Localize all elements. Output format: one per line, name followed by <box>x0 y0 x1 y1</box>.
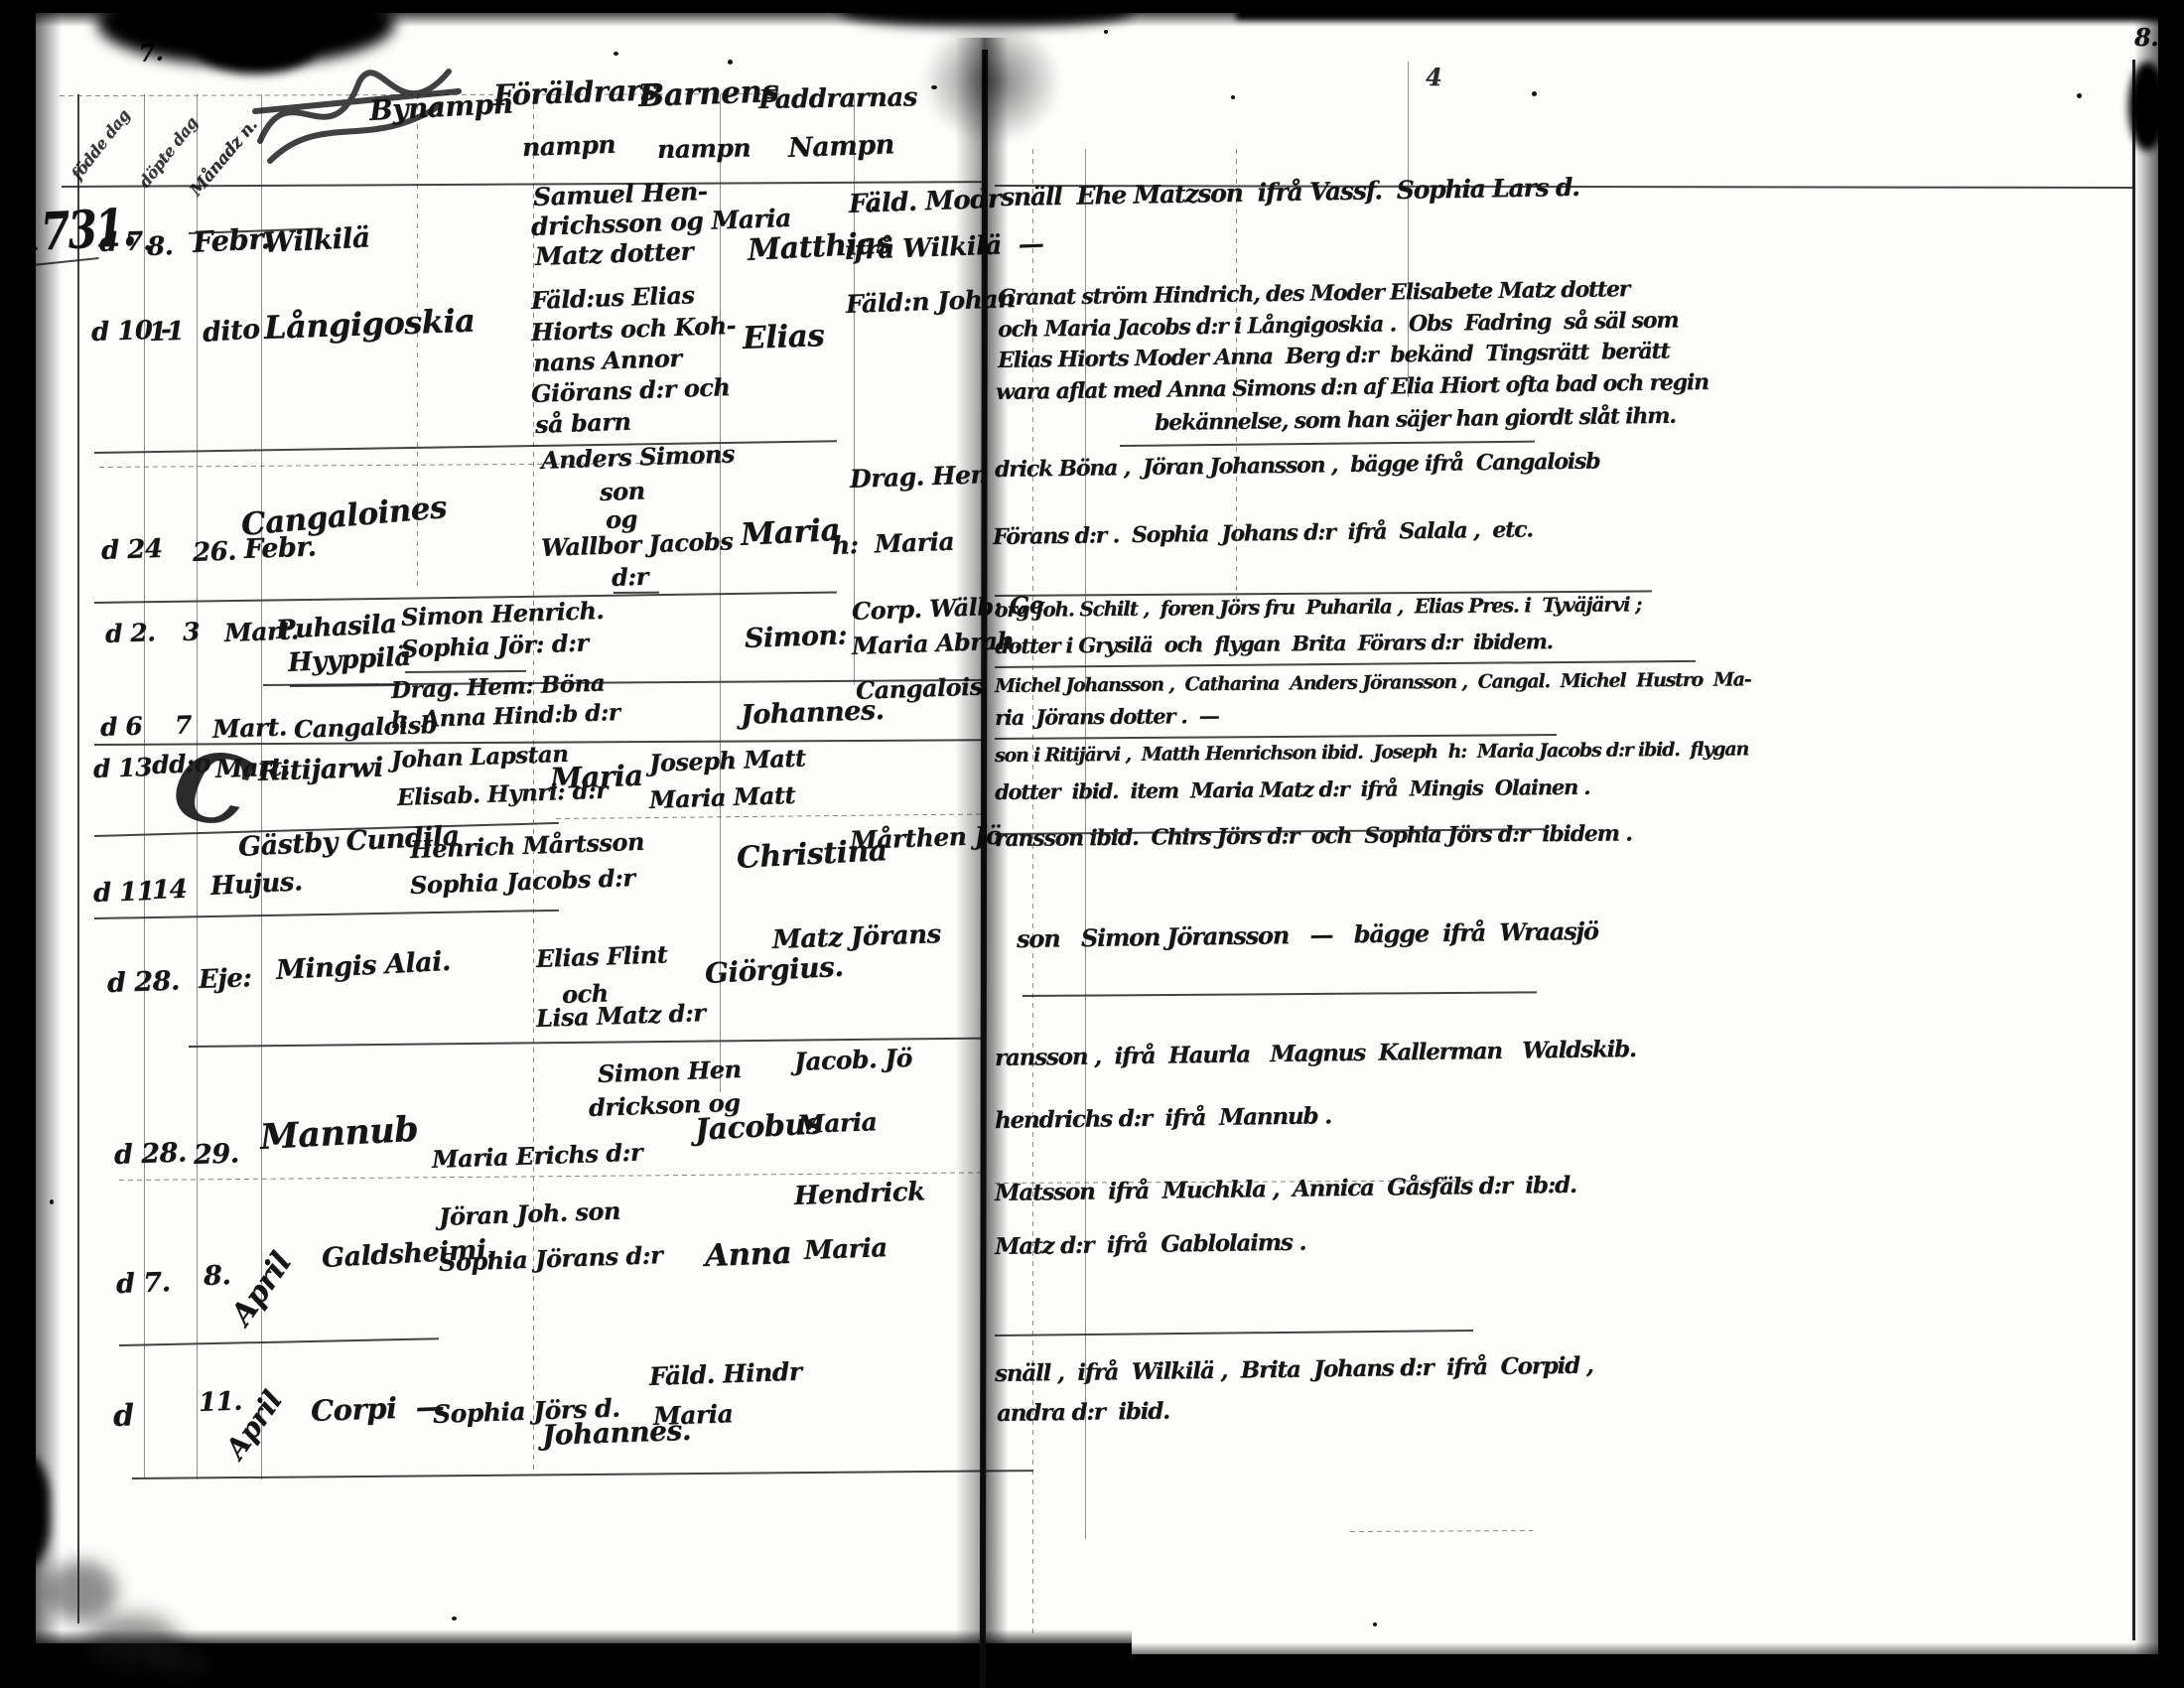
entry-9-parents: Jöran Joh. son <box>439 1199 621 1229</box>
entry-9-parents: Sophia Jörans d:r <box>439 1243 663 1275</box>
entry-3-child-name: Simon: <box>745 622 848 652</box>
entry-5-godparents: Maria Matt <box>649 783 796 812</box>
entry-4-parents: Drag. Hem: Böna <box>391 671 606 701</box>
entry-2-godparents: h: Maria <box>832 529 955 558</box>
entry-2-parents: Wallbor Jacobs <box>541 529 734 560</box>
scan-bump-right <box>2128 62 2166 151</box>
dust-speck <box>1231 95 1235 99</box>
ink-flourish: C <box>167 736 257 843</box>
entry-6-parents: Sophia Jacobs d:r <box>410 866 635 898</box>
entry-3-village: Hyyppilä <box>287 644 411 676</box>
entry-8-born-day: d 28. <box>114 1139 188 1169</box>
entry-0-born-day: d 7. <box>99 228 152 256</box>
scan-speckle-1 <box>46 1561 117 1622</box>
dust-speck <box>614 52 618 56</box>
entry-8-parents: Simon Hen <box>598 1057 742 1086</box>
dust-speck <box>931 85 937 89</box>
entry-1-parents: Giörans d:r och <box>531 375 731 406</box>
entry-3-parents: Simon Henrich. <box>401 599 605 630</box>
entry-6-month: Hujus. <box>209 869 303 900</box>
entry-0-baptism-day: 8. <box>147 233 174 260</box>
entry-2-parents: og <box>606 507 638 532</box>
column-rule <box>720 94 721 1092</box>
entry-9-baptism-day: 8. <box>204 1262 231 1290</box>
entry-8-parents: Maria Erichs d:r <box>432 1141 643 1172</box>
entry-0-month: Febr. <box>192 224 270 257</box>
entry-10-godparents-continued: andra d:r ibid. <box>997 1400 1169 1425</box>
entry-0-parents: Samuel Hen- <box>533 179 708 210</box>
ink-flourish: 4 <box>1426 66 1441 89</box>
scan-edge-right-fade <box>2134 0 2162 1688</box>
entry-3-parents: Sophia Jör: d:r <box>401 631 589 661</box>
dust-speck <box>728 60 733 65</box>
dust-speck <box>2077 93 2082 98</box>
dust-speck <box>1532 91 1537 96</box>
entry-9-godparents-continued: Matz d:r ifrå Gablolaims . <box>995 1231 1306 1258</box>
header-godparents-line2: Nampn <box>788 131 895 162</box>
scan-edge-left <box>0 0 36 1688</box>
entry-5-child-name: Maria <box>549 762 642 793</box>
row-separator-line <box>614 592 659 594</box>
entry-8-godparents: Jacob. Jö <box>794 1046 913 1074</box>
header-parents-line2: nampn <box>522 132 616 160</box>
entry-1-parents: så barn <box>535 410 631 437</box>
entry-10-village: Corpi — <box>310 1392 444 1426</box>
entry-2-parents: son <box>600 479 645 504</box>
entry-7-born-day: d 28. <box>107 967 181 997</box>
dust-speck <box>50 1199 54 1204</box>
entry-6-born-day: d 11 <box>93 879 155 907</box>
entry-1-parents: Hiorts och Koh- <box>531 314 737 345</box>
entry-2-parents: d:r <box>612 565 649 590</box>
entry-6-godparents-continued: ransson ibid. Chirs Jörs d:r och Sophia … <box>995 822 1632 850</box>
dust-speck <box>452 1617 457 1620</box>
scan-speckle-3 <box>147 1646 210 1678</box>
entry-0-godparents: ifrå Wilkilä — <box>845 231 1044 264</box>
entry-7-month: Eje: <box>199 965 252 993</box>
entry-5-village: Ritijarwi <box>258 755 384 785</box>
entry-8-baptism-day: 29. <box>194 1140 239 1169</box>
entry-3-born-day: d 2. <box>105 620 156 646</box>
entry-1-baptism-day: 11 <box>149 319 185 346</box>
entry-9-born-day: d 7. <box>116 1269 171 1298</box>
header-children-line2: nampn <box>657 135 751 162</box>
scan-edge-left-fade <box>34 0 62 1688</box>
scan-blob-top-left-2 <box>195 16 318 73</box>
entry-2-baptism-day: 26. <box>193 538 237 566</box>
scan-edge-bottom-right <box>1092 1656 2184 1688</box>
entry-7-parents: Elias Flint <box>536 942 668 971</box>
entry-1-parents: Fäld:us Elias <box>531 283 695 313</box>
entry-8-godparents-continued: hendrichs d:r ifrå Mannub . <box>995 1104 1331 1132</box>
entry-7-parents: Lisa Matz d:r <box>536 1001 706 1031</box>
entry-8-godparents: Maria <box>797 1109 878 1137</box>
scan-edge-top-right <box>1236 0 2184 20</box>
page-fold-top-smudge <box>921 18 1062 145</box>
entry-1-month: dito <box>202 316 260 347</box>
entry-5-godparents-continued: dotter ibid. item Maria Matz d:r ifrå Mi… <box>995 776 1589 802</box>
entry-10-born-day: d <box>112 1401 134 1432</box>
entry-8-village: Mannub <box>259 1112 419 1155</box>
entry-10-baptism-day: 11. <box>199 1388 243 1416</box>
entry-1-godparents-continued: bekännelse, som han säjer han giordt slå… <box>1155 405 1676 434</box>
entry-9-godparents: Maria <box>804 1235 887 1264</box>
entry-10-godparents: Fäld. Hindr <box>649 1359 802 1389</box>
entry-0-parents: Matz dotter <box>535 238 694 269</box>
entry-1-parents: nans Annor <box>533 347 682 375</box>
entry-6-baptism-day: 14 <box>152 877 188 904</box>
entry-7-child-name: Giörgius. <box>704 953 844 988</box>
entry-2-parents: Anders Simons <box>541 442 736 473</box>
entry-9-child-name: Anna <box>704 1238 791 1272</box>
entry-2-born-day: d 24 <box>101 536 163 564</box>
header-godparents-line1: Faddrarnas <box>758 84 917 113</box>
dust-speck <box>1104 30 1108 34</box>
register-scan: 7. 8. 1731. födde dag döpte dag Månadz n… <box>0 0 2184 1688</box>
entry-9-godparents: Hendrick <box>794 1179 925 1209</box>
entry-4-born-day: d 6 <box>100 714 143 740</box>
entry-2-child-name: Maria <box>740 515 841 551</box>
entry-0-village: Wilkilä <box>262 223 370 257</box>
entry-1-village: Långigoskia <box>263 305 475 344</box>
entry-3-godparents-continued: org Joh. Schilt , foren Jörs fru Puharil… <box>995 594 1641 620</box>
entry-3-baptism-day: 3 <box>183 619 201 644</box>
entry-5-parents: Johan Lapstan <box>391 743 569 772</box>
entry-3-godparents-continued: dotter i Grysilä och flygan Brita Förars… <box>995 631 1553 656</box>
scan-edge-bottom-right-fade <box>1092 1642 2184 1658</box>
entry-3-village: Puhasila <box>275 612 397 643</box>
entry-10-godparents: Maria <box>653 1401 734 1429</box>
entry-7-godparents: Matz Jörans <box>772 921 941 953</box>
dust-speck <box>872 207 876 211</box>
dust-speck <box>1373 1622 1377 1626</box>
entry-5-born-day: d 13 <box>93 755 153 781</box>
entry-1-child-name: Elias <box>742 321 824 354</box>
header-parents-line1: Föräldrars <box>492 75 656 110</box>
scan-blob-bottom-left <box>0 1456 50 1567</box>
entry-5-godparents: Joseph Matt <box>649 747 806 775</box>
column-rule <box>77 94 79 1623</box>
entry-4-godparents-continued: ria Jörans dotter . — <box>995 705 1219 728</box>
